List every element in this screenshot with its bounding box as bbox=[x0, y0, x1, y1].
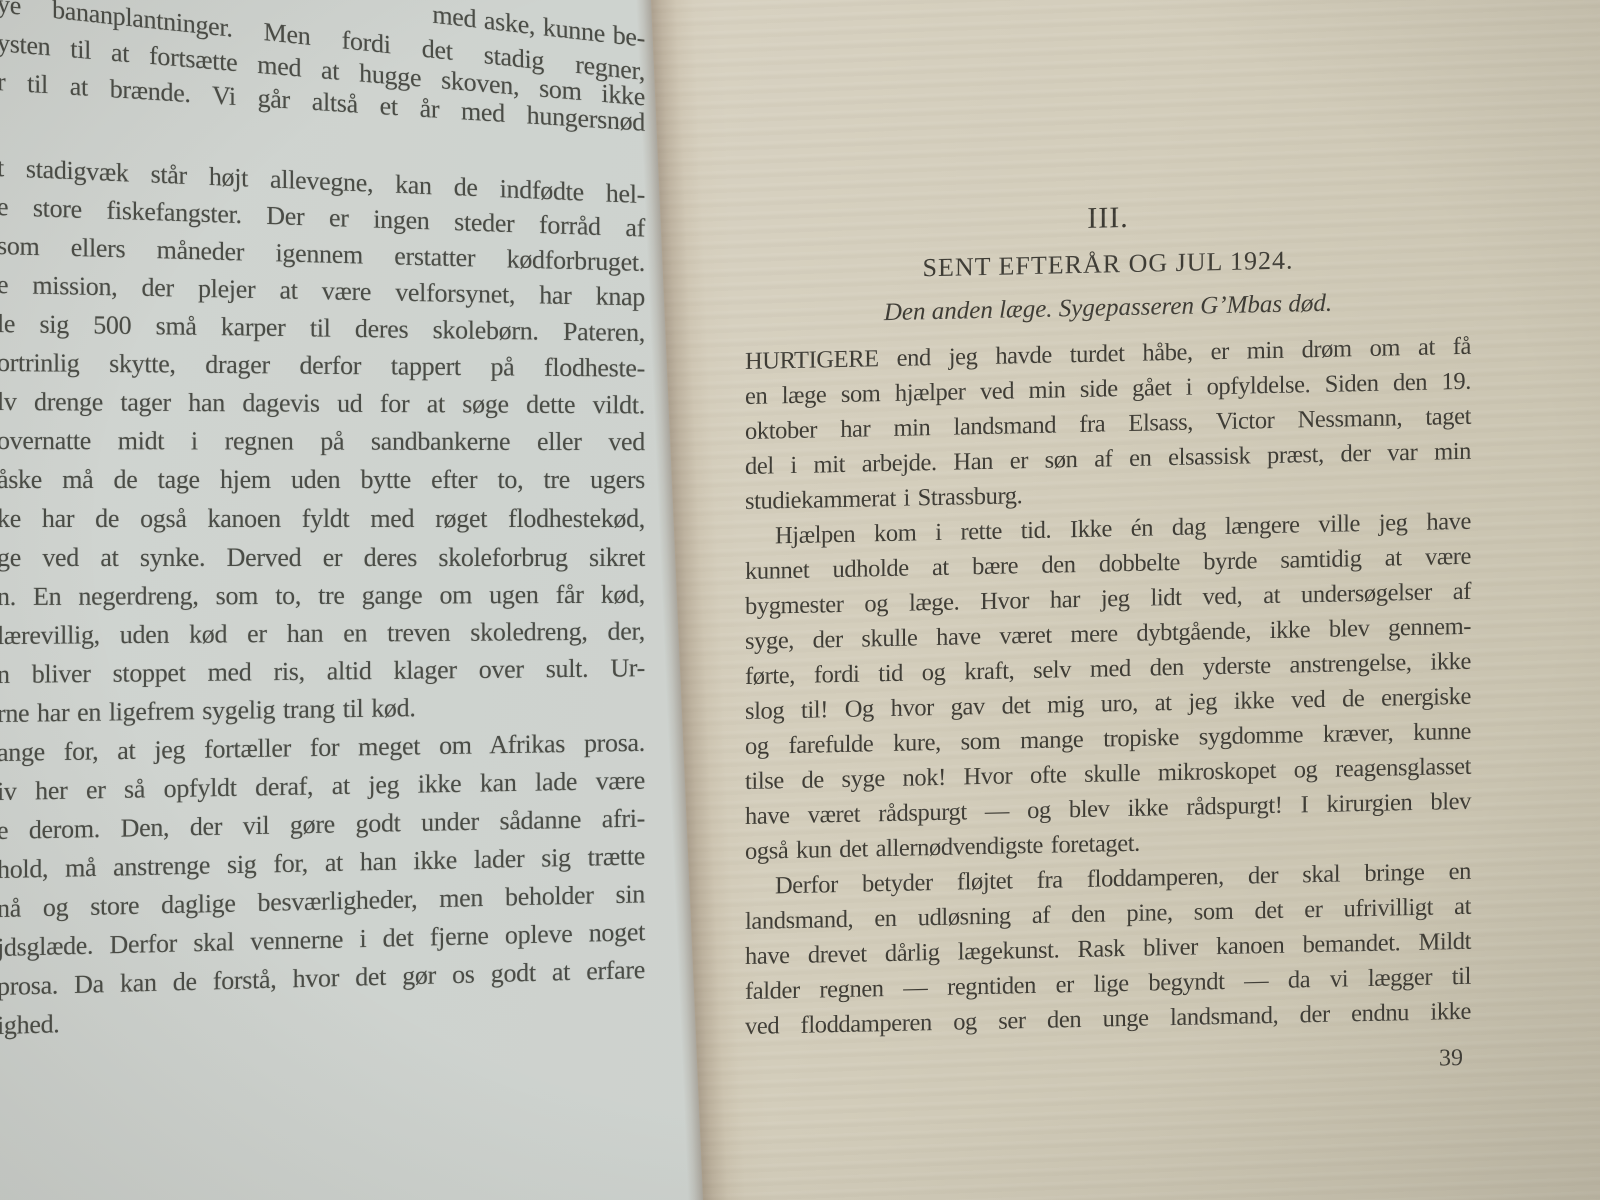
left-page-paragraph: t stadigvæk står højt allevegne, kan de … bbox=[0, 148, 645, 733]
text-line: tilse de syge nok! Hvor ofte skulle mikr… bbox=[745, 749, 1471, 799]
text-line: overnatte midt i regnen på sandbankerne … bbox=[0, 421, 645, 461]
text-line: åske må de tage hjem uden bytte efter to… bbox=[0, 460, 645, 499]
text-line: ke har de også kanoen fyldt med røget fl… bbox=[0, 499, 645, 538]
chapter-subtitle: Den anden læge. Sygepasseren G’Mbas død. bbox=[745, 285, 1471, 332]
text-line: Hjælpen kom i rette tid. Ikke én dag læn… bbox=[745, 504, 1471, 554]
text-line: ved floddamperen og ser den unge landsma… bbox=[745, 994, 1471, 1044]
text-line: studiekammerat i Strassburg. bbox=[745, 469, 1471, 519]
text-line: landsmand, en udløsning af den pine, som… bbox=[745, 889, 1471, 939]
text-line: oktober har min landsmand fra Elsass, Vi… bbox=[745, 399, 1471, 449]
text-line: n. En negerdreng, som to, tre gange om u… bbox=[0, 575, 645, 616]
left-page-text-block: med aske, kunne be- ye bananplantninger.… bbox=[0, 0, 645, 1045]
text-line: kunnet udholde at bære den dobbelte byrd… bbox=[745, 539, 1471, 589]
text-line: HURTIGERE end jeg havde turdet håbe, er … bbox=[745, 329, 1471, 379]
text-line: have været rådspurgt — og blev ikke råds… bbox=[745, 784, 1471, 834]
text-line: del i mit arbejde. Han er søn af en elsa… bbox=[745, 434, 1471, 484]
text-line: og farefulde kure, som mange tropiske sy… bbox=[745, 714, 1471, 764]
text-line: falder regnen — regntiden er lige begynd… bbox=[745, 959, 1471, 1009]
text-line: syge, der skulle have været mere dybtgåe… bbox=[745, 609, 1471, 659]
chapter-title: SENT EFTERÅR OG JUL 1924. bbox=[745, 241, 1471, 288]
text-line: førte, fordi tid og kraft, selv med den … bbox=[745, 644, 1471, 694]
text-line: Derfor betyder fløjtet fra floddamperen,… bbox=[745, 854, 1471, 904]
left-page-paragraph: med aske, kunne be- ye bananplantninger.… bbox=[0, 0, 645, 101]
text-line: ge ved at synke. Derved er deres skolefo… bbox=[0, 538, 645, 577]
chapter-number: III. bbox=[745, 193, 1471, 244]
right-page-body: HURTIGERE end jeg havde turdet håbe, er … bbox=[745, 329, 1471, 1044]
text-line: en læge som hjælper ved min side gået i … bbox=[745, 364, 1471, 414]
text-line: slog til! Og hvor gav det mig uro, at je… bbox=[745, 679, 1471, 729]
left-page-paragraph: ange for, at jeg fortæller for meget om … bbox=[0, 733, 645, 1045]
text-line: bygmester og læge. Hvor har jeg lidt ved… bbox=[745, 574, 1471, 624]
book-photo: III. SENT EFTERÅR OG JUL 1924. Den anden… bbox=[0, 0, 1600, 1200]
text-line: ortrinlig skytte, drager derfor tappert … bbox=[0, 343, 645, 388]
text-line: også kun det allernødvendigste foretaget… bbox=[745, 819, 1471, 869]
text-line: lv drenge tager han dagevis ud for at sø… bbox=[0, 382, 645, 424]
right-page-text-block: III. SENT EFTERÅR OG JUL 1924. Den anden… bbox=[745, 181, 1471, 1087]
page-number: 39 bbox=[745, 1045, 1471, 1087]
text-line: have drevet dårlig lægekunst. Rask blive… bbox=[745, 924, 1471, 974]
